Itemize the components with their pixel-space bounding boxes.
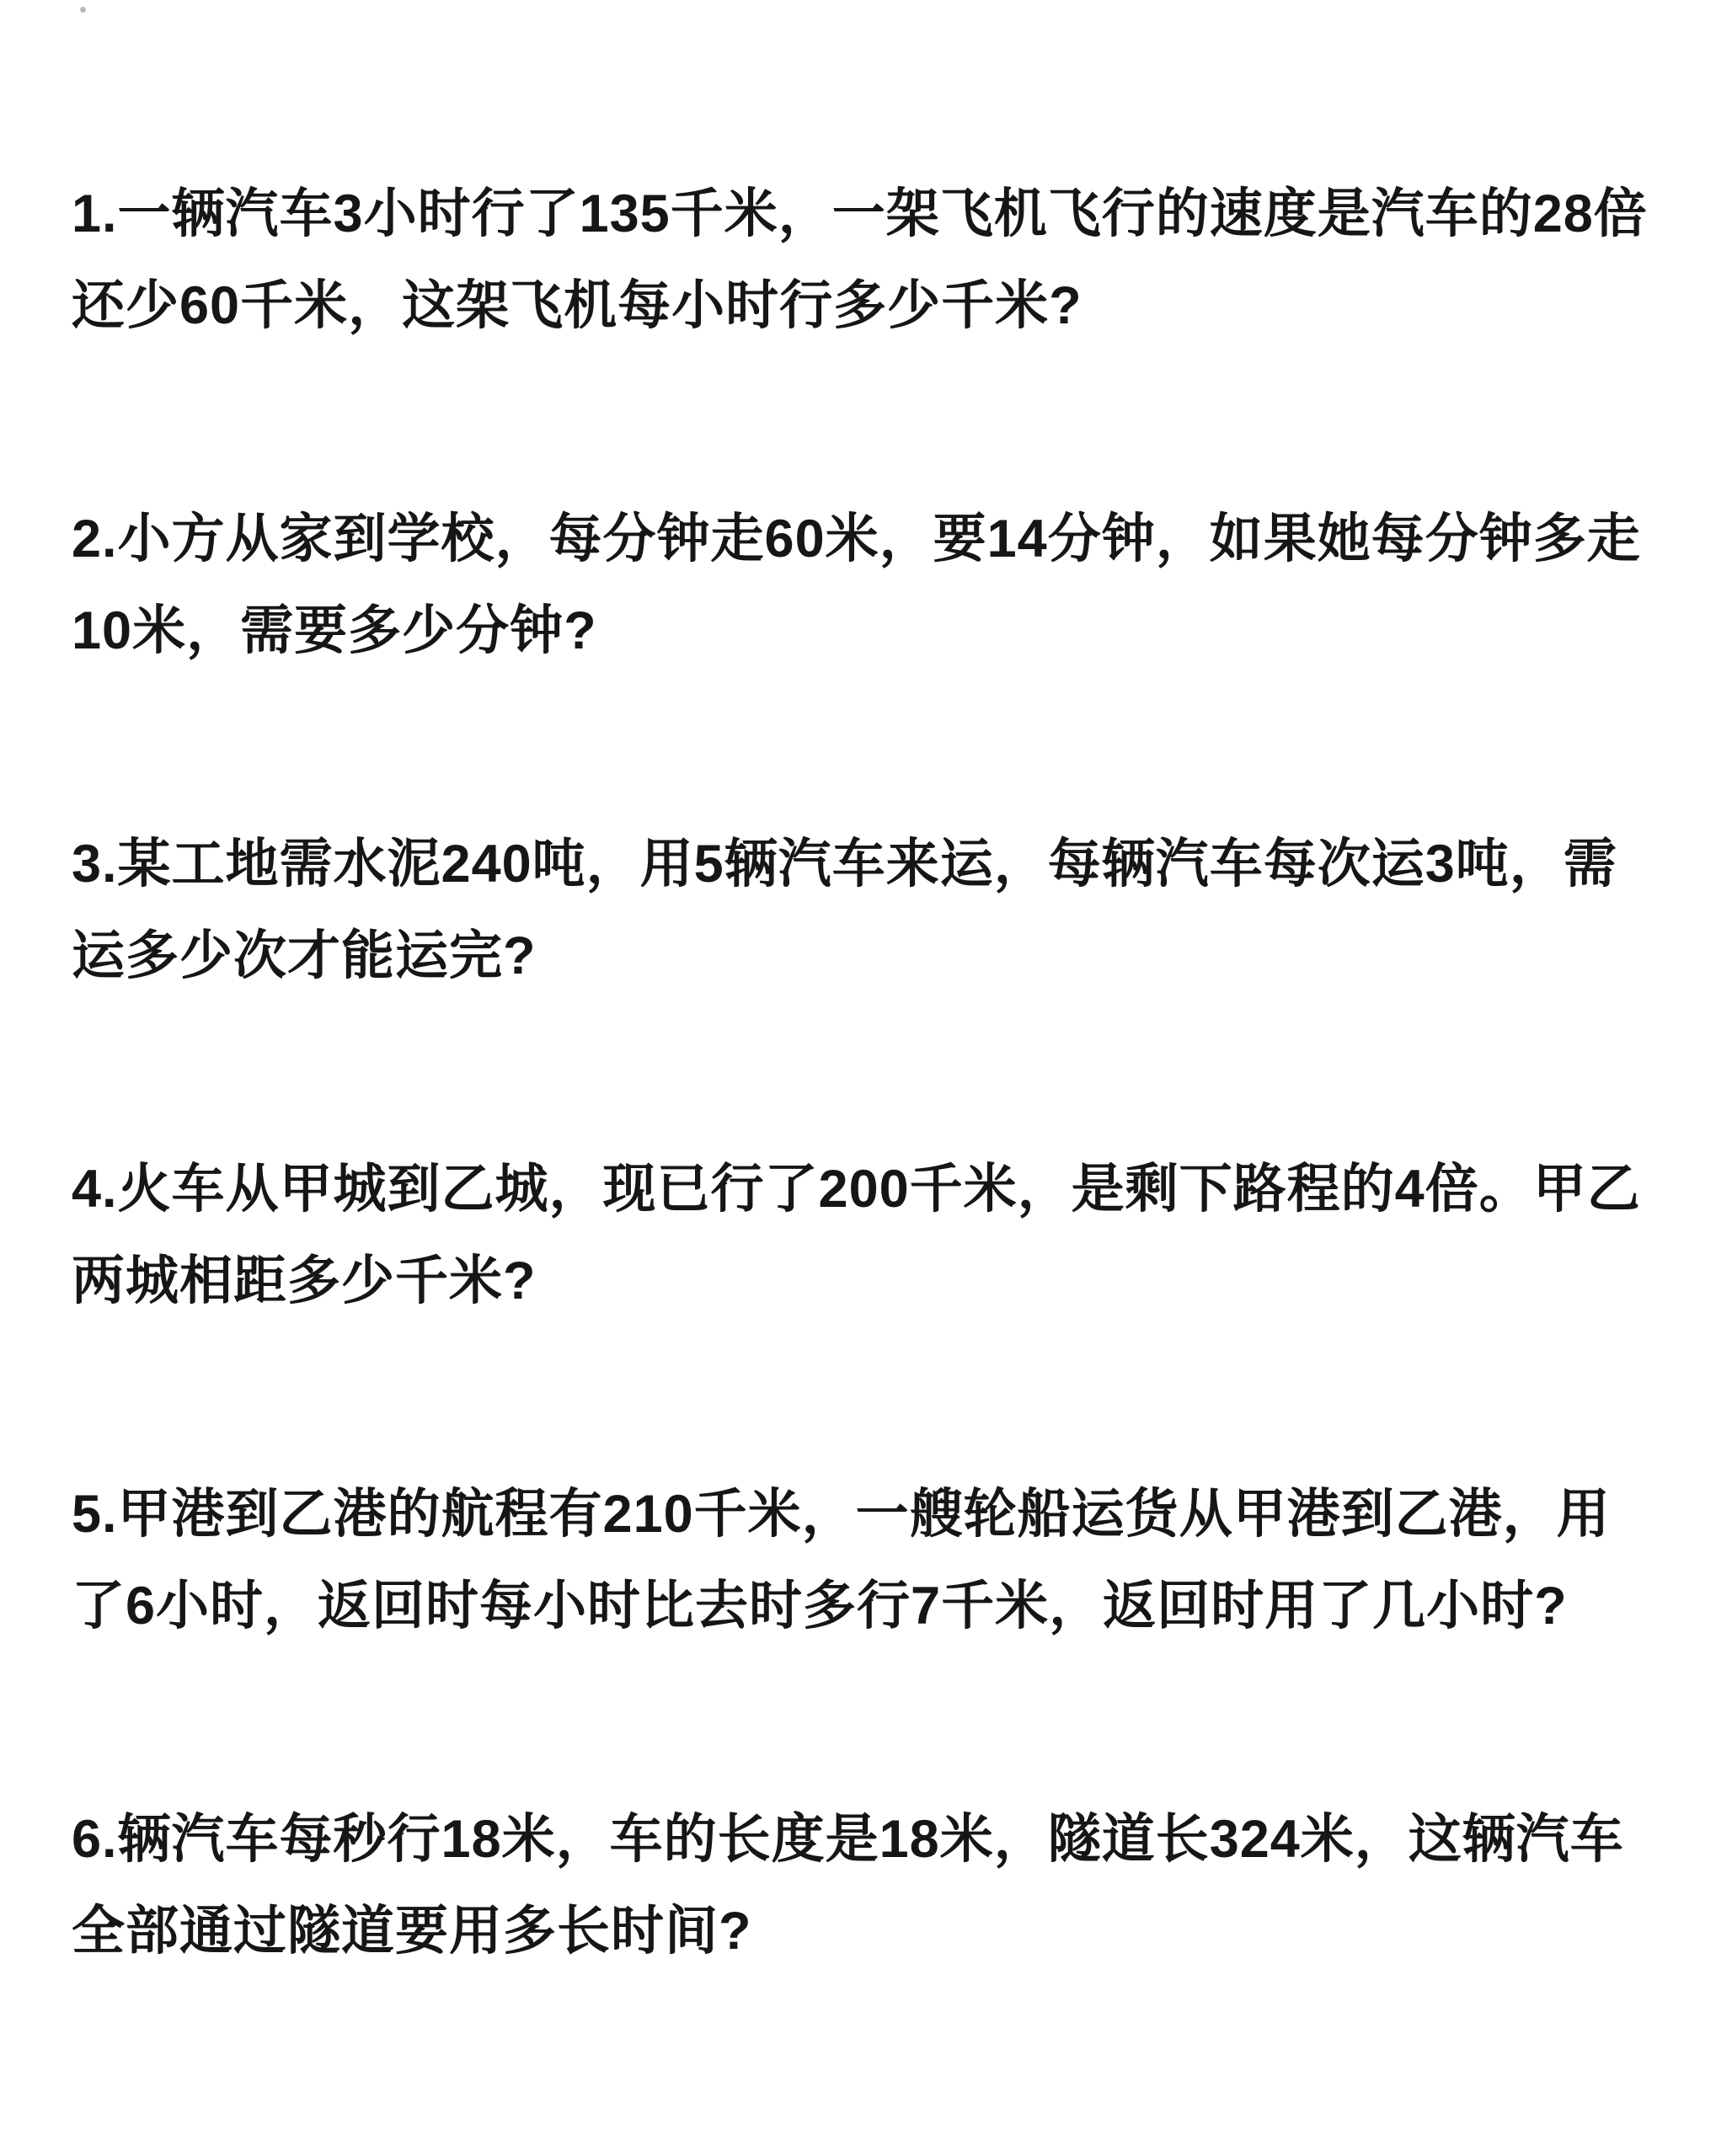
- problem-1-text: 一辆汽车3小时行了135千米，一架飞机飞行的速度是汽车的28倍还少60千米，这架…: [72, 184, 1648, 335]
- problem-4: 4.火车从甲城到乙城，现已行了200千米，是剩下路程的4倍。甲乙两城相距多少千米…: [72, 1144, 1664, 1327]
- worksheet-page: 1.一辆汽车3小时行了135千米，一架飞机飞行的速度是汽车的28倍还少60千米，…: [0, 0, 1716, 2156]
- problem-2: 2.小方从家到学校，每分钟走60米，要14分钟，如果她每分钟多走10米，需要多少…: [72, 494, 1664, 677]
- corner-artifact-mark: [80, 7, 86, 13]
- problem-5-text: 甲港到乙港的航程有210千米，一艘轮船运货从甲港到乙港，用了6小时，返回时每小时…: [72, 1485, 1611, 1636]
- problem-1: 1.一辆汽车3小时行了135千米，一架飞机飞行的速度是汽车的28倍还少60千米，…: [72, 168, 1664, 352]
- problem-list: 1.一辆汽车3小时行了135千米，一架飞机飞行的速度是汽车的28倍还少60千米，…: [72, 168, 1664, 1977]
- problem-4-text: 火车从甲城到乙城，现已行了200千米，是剩下路程的4倍。甲乙两城相距多少千米?: [72, 1160, 1641, 1310]
- problem-3-number: 3.: [72, 835, 118, 894]
- problem-5-number: 5.: [72, 1485, 118, 1544]
- problem-4-number: 4.: [72, 1160, 118, 1219]
- problem-3-text: 某工地需水泥240吨，用5辆汽车来运，每辆汽车每次运3吨，需运多少次才能运完?: [72, 835, 1617, 985]
- problem-6-text: 辆汽车每秒行18米，车的长度是18米，隧道长324米，这辆汽车全部通过隧道要用多…: [72, 1810, 1624, 1961]
- problem-6: 6.辆汽车每秒行18米，车的长度是18米，隧道长324米，这辆汽车全部通过隧道要…: [72, 1794, 1664, 1977]
- problem-5: 5.甲港到乙港的航程有210千米，一艘轮船运货从甲港到乙港，用了6小时，返回时每…: [72, 1469, 1664, 1652]
- problem-3: 3.某工地需水泥240吨，用5辆汽车来运，每辆汽车每次运3吨，需运多少次才能运完…: [72, 819, 1664, 1002]
- problem-1-number: 1.: [72, 184, 118, 243]
- problem-6-number: 6.: [72, 1810, 118, 1869]
- problem-2-text: 小方从家到学校，每分钟走60米，要14分钟，如果她每分钟多走10米，需要多少分钟…: [72, 510, 1641, 660]
- problem-2-number: 2.: [72, 510, 118, 568]
